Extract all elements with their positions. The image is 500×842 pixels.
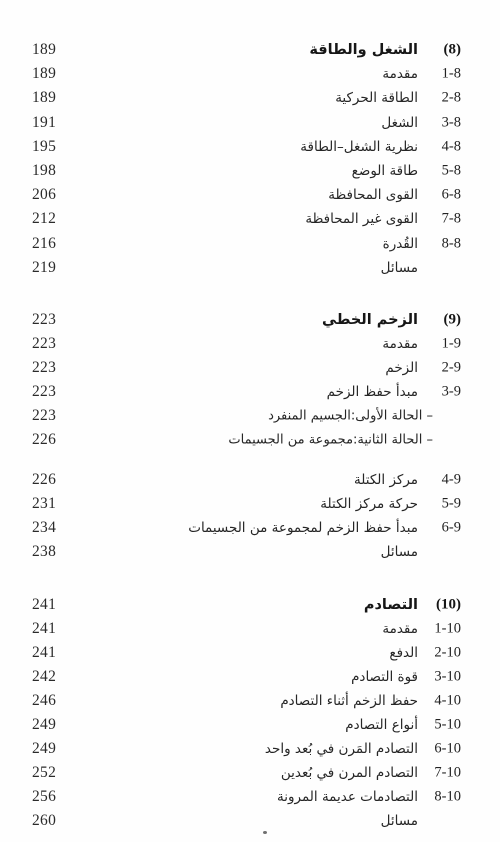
toc-entry-row: 219مسائل <box>0 256 500 280</box>
chapter-title: الشغل والطاقة <box>309 42 418 58</box>
section-title: أنواع التصادم <box>345 717 418 733</box>
section-title: الشغل <box>381 115 418 131</box>
toc-entry-row: 2066-8القوى المحافظة <box>0 183 500 207</box>
section-title: مركز الكتلة <box>354 472 418 488</box>
section-title: نظرية الشغل–الطاقة <box>300 139 418 155</box>
page-number: 234 <box>32 519 56 537</box>
section-number: 8-10 <box>434 789 461 806</box>
page-number: 223 <box>32 335 56 353</box>
page-number: 249 <box>32 740 56 758</box>
page-number: 219 <box>32 259 56 277</box>
chapter-title: الزخم الخطي <box>322 312 418 328</box>
section-number: 4-8 <box>442 138 461 155</box>
page-number: 223 <box>32 383 56 401</box>
section-number: 1-8 <box>442 66 461 83</box>
toc-entry-row: 238مسائل <box>0 540 500 564</box>
chapter-header-row: 189(8)الشغل والطاقة <box>0 38 500 62</box>
section-title: – الحالة الثانية:مجموعة من الجسيمات <box>228 433 433 448</box>
section-title: التصادم المَرن في بُعد واحد <box>265 741 418 757</box>
section-title: مقدمة <box>382 621 418 637</box>
section-title: مسائل <box>381 813 418 829</box>
toc-entry-row: 2231-9مقدمة <box>0 332 500 356</box>
chapter-title: التصادم <box>364 597 418 613</box>
page-number: 226 <box>32 431 56 449</box>
section-title: قوة التصادم <box>351 669 418 685</box>
section-title: مبدأ حفظ الزخم <box>327 384 418 400</box>
chapter-block: 223(9)الزخم الخطي2231-9مقدمة2232-9الزخم2… <box>0 308 500 564</box>
section-number: 1-10 <box>434 621 461 638</box>
page-number: 226 <box>32 471 56 489</box>
page-number: 246 <box>32 692 56 710</box>
toc-entry-row: 2568-10التصادمات عديمة المرونة <box>0 785 500 809</box>
toc-entry-row: 2346-9مبدأ حفظ الزخم لمجموعة من الجسيمات <box>0 516 500 540</box>
section-number: 7-8 <box>442 211 461 228</box>
section-title: القُدرة <box>383 236 418 252</box>
chapter-header-row: 223(9)الزخم الخطي <box>0 308 500 332</box>
section-number: (10) <box>436 597 461 614</box>
toc-entry-row: 260مسائل <box>0 809 500 833</box>
page-number: 238 <box>32 543 56 561</box>
scan-artifact-dot <box>263 831 267 834</box>
page-number: 241 <box>32 596 56 614</box>
page-number: 206 <box>32 186 56 204</box>
page-number: 249 <box>32 716 56 734</box>
section-number: 2-9 <box>442 360 461 377</box>
section-number: 5-9 <box>442 496 461 513</box>
section-number: 7-10 <box>434 765 461 782</box>
chapter-block: 241(10)التصادم2411-10مقدمة2412-10الدفع24… <box>0 593 500 833</box>
page-number: 231 <box>32 495 56 513</box>
section-title: مبدأ حفظ الزخم لمجموعة من الجسيمات <box>188 520 418 536</box>
toc-entry-row: 1954-8نظرية الشغل–الطاقة <box>0 135 500 159</box>
section-number: 2-10 <box>434 645 461 662</box>
section-number: 4-10 <box>434 693 461 710</box>
toc-entry-row: 2232-9الزخم <box>0 356 500 380</box>
page-number: 241 <box>32 644 56 662</box>
toc-entry-row: 2411-10مقدمة <box>0 617 500 641</box>
section-number: (9) <box>444 312 462 329</box>
page-number: 223 <box>32 359 56 377</box>
toc-entry-row: 1985-8طاقة الوضع <box>0 159 500 183</box>
section-number: 6-8 <box>442 187 461 204</box>
section-number: 3-8 <box>442 114 461 131</box>
toc-entry-row: 2264-9مركز الكتلة <box>0 468 500 492</box>
page-number: 223 <box>32 407 56 425</box>
page-number: 241 <box>32 620 56 638</box>
toc-entry-row: 2495-10أنواع التصادم <box>0 713 500 737</box>
section-title: الطاقة الحركية <box>335 90 418 106</box>
section-number: 3-9 <box>442 384 461 401</box>
toc-page: 189(8)الشغل والطاقة1891-8مقدمة1892-8الطا… <box>0 0 500 842</box>
toc-entry-row: 2127-8القوى غير المحافظة <box>0 207 500 231</box>
section-title: مقدمة <box>382 66 418 82</box>
section-title: الزخم <box>385 360 418 376</box>
chapter-header-row: 241(10)التصادم <box>0 593 500 617</box>
section-title: حركة مركز الكتلة <box>320 496 418 512</box>
toc-entry-row: 2168-8القُدرة <box>0 232 500 256</box>
section-title: – الحالة الأولى:الجسيم المنفرد <box>268 409 433 424</box>
page-number: 189 <box>32 41 56 59</box>
page-number: 195 <box>32 138 56 156</box>
page-number: 189 <box>32 89 56 107</box>
toc-entry-row: 226– الحالة الثانية:مجموعة من الجسيمات <box>0 428 500 452</box>
page-number: 216 <box>32 235 56 253</box>
section-number: 2-8 <box>442 90 461 107</box>
section-number: 8-8 <box>442 235 461 252</box>
toc-entry-row: 1892-8الطاقة الحركية <box>0 86 500 110</box>
section-title: مسائل <box>381 260 418 276</box>
section-number: 4-9 <box>442 472 461 489</box>
page-number: 223 <box>32 311 56 329</box>
section-number: (8) <box>444 42 462 59</box>
page-number: 212 <box>32 210 56 228</box>
chapter-block: 189(8)الشغل والطاقة1891-8مقدمة1892-8الطا… <box>0 38 500 280</box>
toc-entry-row: 2233-9مبدأ حفظ الزخم <box>0 380 500 404</box>
page-number: 198 <box>32 162 56 180</box>
section-title: طاقة الوضع <box>352 163 418 179</box>
toc-entry-row: 2412-10الدفع <box>0 641 500 665</box>
section-number: 5-8 <box>442 163 461 180</box>
toc-entry-row: 2423-10قوة التصادم <box>0 665 500 689</box>
section-title: التصادم المرن في بُعدين <box>281 765 418 781</box>
toc-entry-row: 2315-9حركة مركز الكتلة <box>0 492 500 516</box>
page-number: 191 <box>32 114 56 132</box>
section-title: مسائل <box>381 544 418 560</box>
section-title: القوى غير المحافظة <box>305 211 418 227</box>
page-number: 256 <box>32 788 56 806</box>
section-number: 1-9 <box>442 336 461 353</box>
toc-entry-row: 2496-10التصادم المَرن في بُعد واحد <box>0 737 500 761</box>
page-number: 260 <box>32 812 56 830</box>
toc-entry-row: 1913-8الشغل <box>0 111 500 135</box>
section-number: 3-10 <box>434 669 461 686</box>
toc-entry-row: 2527-10التصادم المرن في بُعدين <box>0 761 500 785</box>
section-number: 5-10 <box>434 717 461 734</box>
section-title: حفظ الزخم أثناء التصادم <box>280 693 418 709</box>
section-number: 6-9 <box>442 520 461 537</box>
section-number: 6-10 <box>434 741 461 758</box>
section-title: مقدمة <box>382 336 418 352</box>
section-title: الدفع <box>389 645 418 661</box>
toc-entry-row: 2464-10حفظ الزخم أثناء التصادم <box>0 689 500 713</box>
section-title: القوى المحافظة <box>328 187 418 203</box>
page-number: 242 <box>32 668 56 686</box>
toc-entry-row: 1891-8مقدمة <box>0 62 500 86</box>
section-title: التصادمات عديمة المرونة <box>277 789 418 805</box>
toc-entry-row: 223– الحالة الأولى:الجسيم المنفرد <box>0 404 500 428</box>
page-number: 189 <box>32 65 56 83</box>
page-number: 252 <box>32 764 56 782</box>
